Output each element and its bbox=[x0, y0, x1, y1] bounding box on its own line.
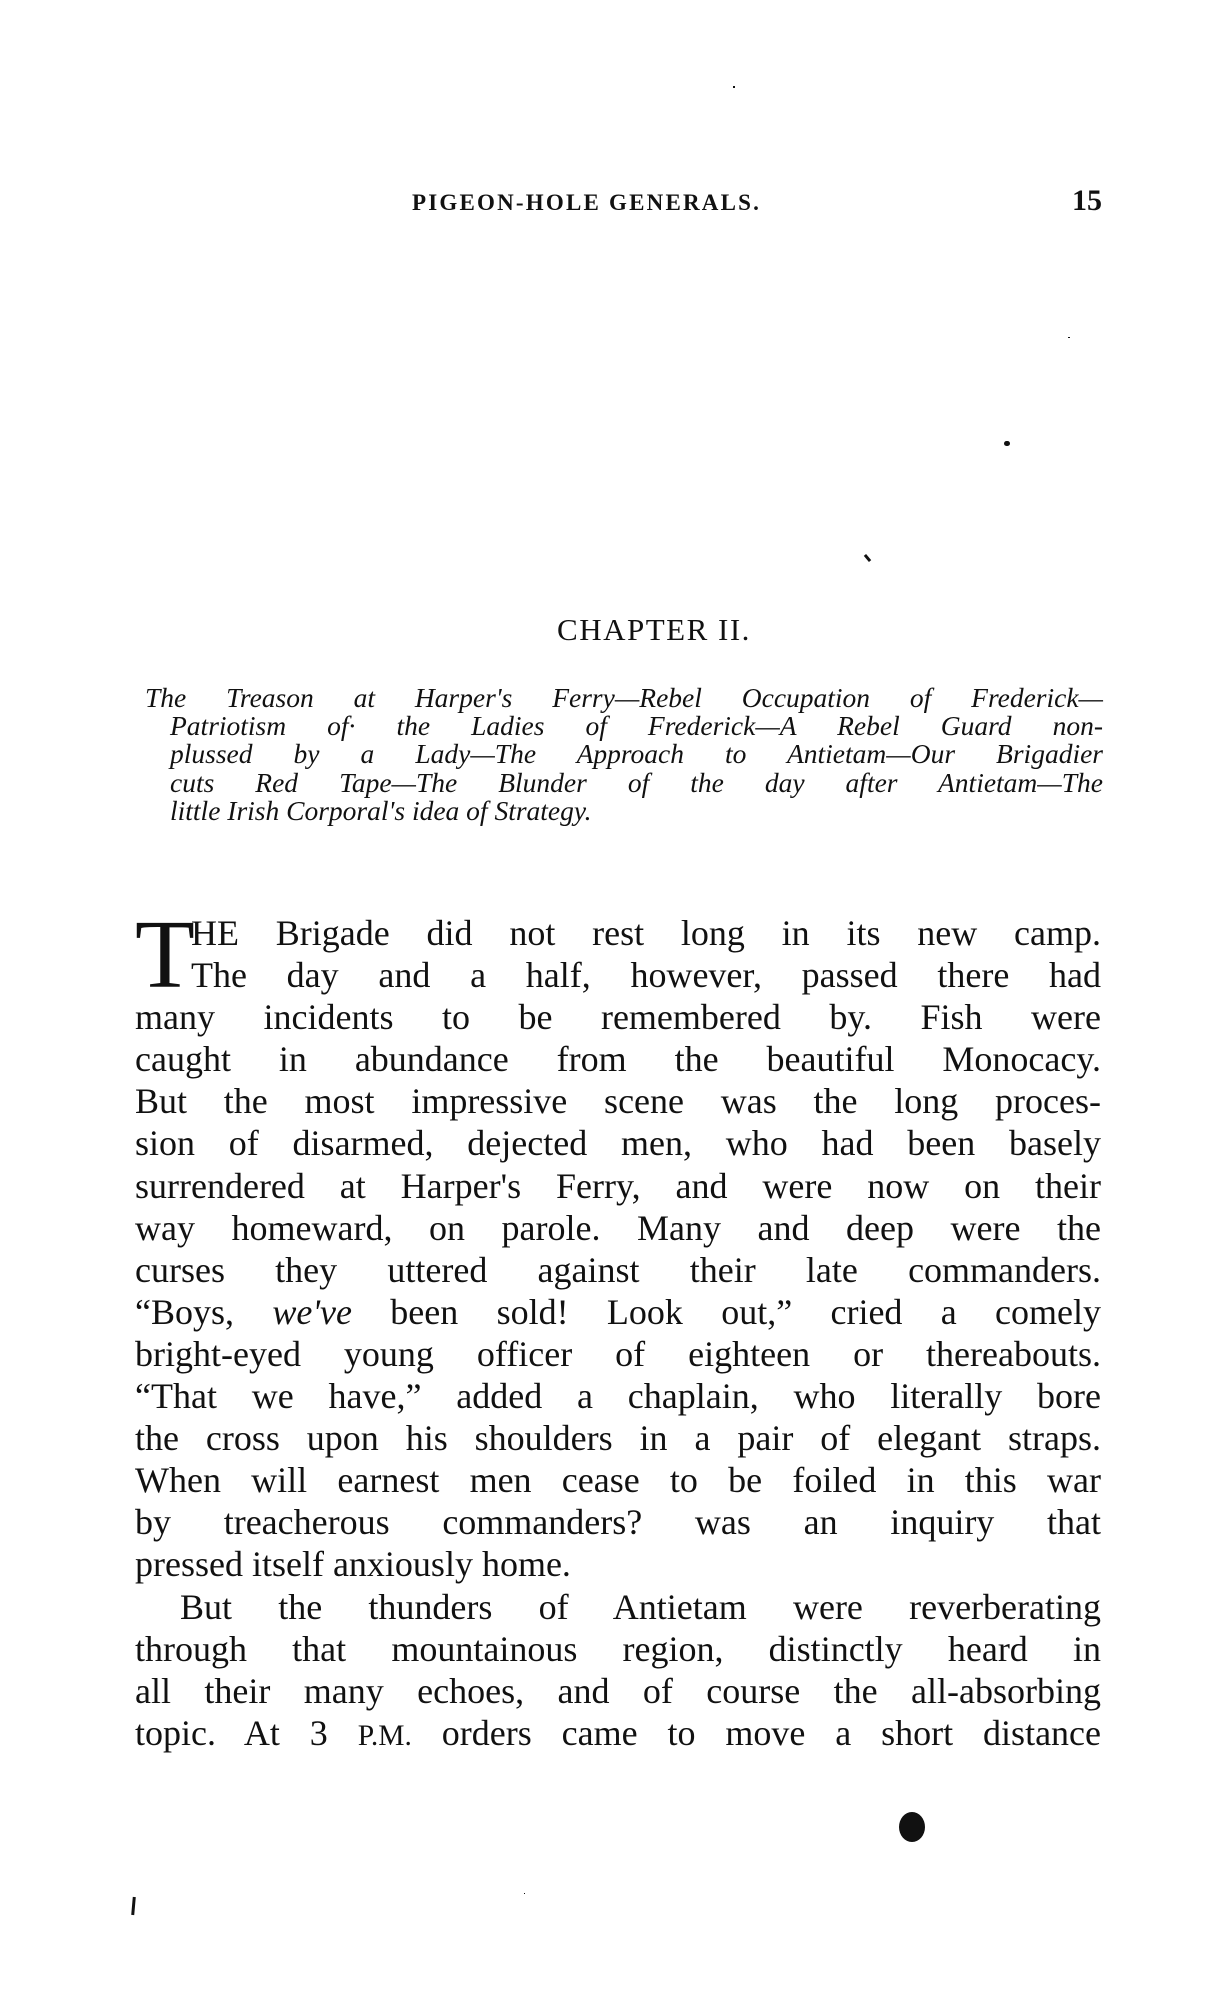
body-line: surrendered at Harper's Ferry, and were … bbox=[135, 1165, 1101, 1207]
smallcaps-text: P.M. bbox=[358, 1720, 412, 1752]
summary-line: The Treason at Harper's Ferry—Rebel Occu… bbox=[145, 684, 1103, 712]
body-text: HE Brigade did not rest long in its new … bbox=[135, 912, 1101, 1754]
summary-line: cuts Red Tape—The Blunder of the day aft… bbox=[145, 769, 1103, 797]
body-line: curses they uttered against their late c… bbox=[135, 1249, 1101, 1291]
scan-speck bbox=[1068, 337, 1070, 338]
body-line: But the thunders of Antietam were reverb… bbox=[135, 1586, 1101, 1628]
summary-line: plussed by a Lady—The Approach to Antiet… bbox=[145, 740, 1103, 768]
body-line: pressed itself anxiously home. bbox=[135, 1543, 1101, 1585]
body-line: topic. At 3 P.M. orders came to move a s… bbox=[135, 1712, 1101, 1754]
body-line-text: been sold! Look out,” cried a comely bbox=[352, 1292, 1101, 1332]
body-line-text: orders came to move a short distance bbox=[412, 1713, 1101, 1753]
body-line: through that mountainous region, distinc… bbox=[135, 1628, 1101, 1670]
scan-blot bbox=[899, 1812, 925, 1842]
page-number: 15 bbox=[1072, 184, 1102, 218]
running-head: PIGEON-HOLE GENERALS. 15 bbox=[412, 186, 1102, 220]
body-line: way homeward, on parole. Many and deep w… bbox=[135, 1207, 1101, 1249]
body-line: “That we have,” added a chaplain, who li… bbox=[135, 1375, 1101, 1417]
scan-speck bbox=[733, 86, 735, 88]
summary-line: Patriotism of· the Ladies of Frederick—A… bbox=[145, 712, 1103, 740]
scan-speck bbox=[1004, 441, 1010, 446]
emphasis-text: we've bbox=[272, 1292, 352, 1332]
body-line-text: topic. At 3 bbox=[135, 1713, 358, 1753]
scan-speck bbox=[524, 1893, 525, 1894]
summary-line: little Irish Corporal's idea of Strategy… bbox=[145, 797, 1103, 825]
body-line: all their many echoes, and of course the… bbox=[135, 1670, 1101, 1712]
body-line: caught in abundance from the beautiful M… bbox=[135, 1038, 1101, 1080]
body-line: many incidents to be remembered by. Fish… bbox=[135, 996, 1101, 1038]
body-line: bright-eyed young officer of eighteen or… bbox=[135, 1333, 1101, 1375]
body-line: But the most impressive scene was the lo… bbox=[135, 1080, 1101, 1122]
running-title: PIGEON-HOLE GENERALS. bbox=[412, 186, 761, 220]
chapter-summary: The Treason at Harper's Ferry—Rebel Occu… bbox=[145, 684, 1103, 825]
scan-speck bbox=[131, 1897, 136, 1915]
scan-speck bbox=[864, 554, 871, 562]
body-line: by treacherous commanders? was an inquir… bbox=[135, 1501, 1101, 1543]
body-line: sion of disarmed, dejected men, who had … bbox=[135, 1122, 1101, 1164]
body-line: HE Brigade did not rest long in its new … bbox=[135, 912, 1101, 954]
body-line: the cross upon his shoulders in a pair o… bbox=[135, 1417, 1101, 1459]
body-line: When will earnest men cease to be foiled… bbox=[135, 1459, 1101, 1501]
chapter-title: CHAPTER II. bbox=[0, 610, 1208, 650]
body-line: “Boys, we've been sold! Look out,” cried… bbox=[135, 1291, 1101, 1333]
body-line: The day and a half, however, passed ther… bbox=[135, 954, 1101, 996]
body-line-text: “Boys, bbox=[135, 1292, 272, 1332]
